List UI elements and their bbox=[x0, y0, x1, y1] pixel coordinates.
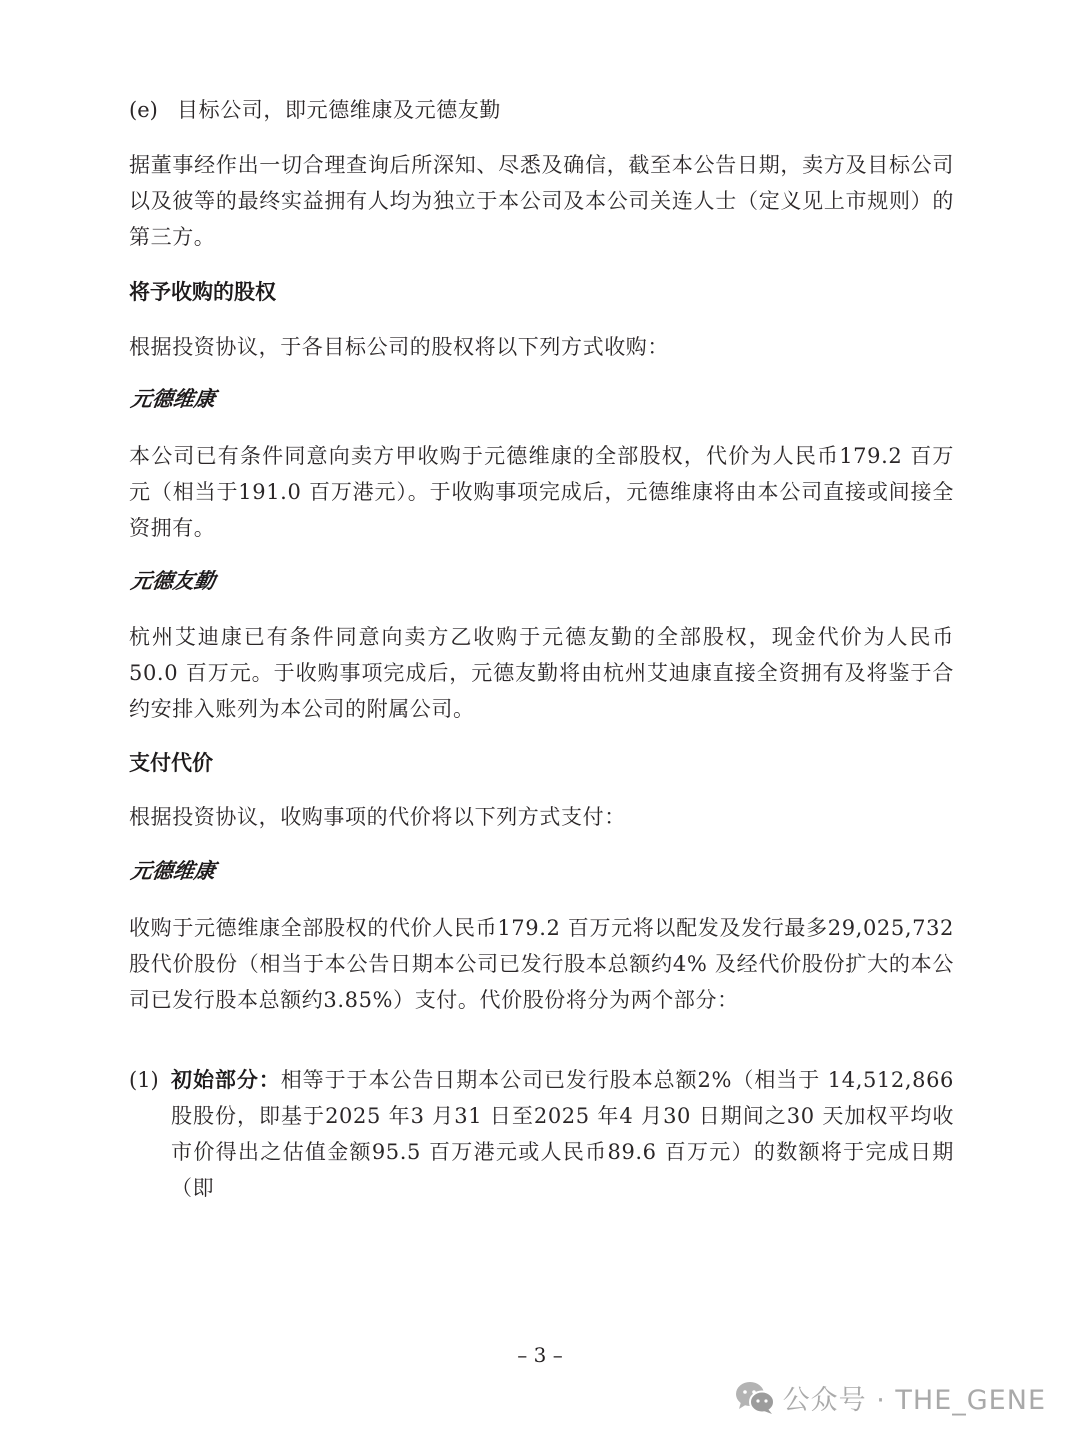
watermark-text: 公众号 · THE_GENE bbox=[783, 1378, 1046, 1417]
subsection-heading-block: 元德维康 bbox=[129, 384, 954, 414]
subsection-heading-block: 元德友勤 bbox=[129, 566, 954, 596]
section-heading: 将予收购的股权 bbox=[129, 277, 954, 307]
list-item-text: 目标公司，即元德维康及元德友勤 bbox=[177, 92, 954, 128]
section-payment-heading-block: 支付代价 bbox=[129, 748, 954, 778]
subsection-paragraph-block: 杭州艾迪康已有条件同意向卖方乙收购于元德友勤的全部股权，现金代价为人民币50.0… bbox=[129, 619, 954, 727]
subsection-heading: 元德维康 bbox=[129, 384, 217, 414]
document-page: (e) 目标公司，即元德维康及元德友勤 据董事经作出一切合理查询后所深知、尽悉及… bbox=[0, 0, 1080, 1440]
subsection-paragraph: 本公司已有条件同意向卖方甲收购于元德维康的全部股权，代价为人民币179.2 百万… bbox=[129, 438, 954, 546]
list-item-body: 相等于于本公告日期本公司已发行股本总额2%（相当于 14,512,866股股份，… bbox=[171, 1068, 954, 1200]
list-item-lead: 初始部分： bbox=[171, 1068, 281, 1092]
section-equity-intro-block: 根据投资协议，于各目标公司的股权将以下列方式收购： bbox=[129, 329, 954, 365]
watermark: 公众号 · THE_GENE bbox=[735, 1378, 1046, 1417]
section-heading: 支付代价 bbox=[129, 748, 954, 778]
list-item-e: (e) 目标公司，即元德维康及元德友勤 bbox=[129, 92, 954, 128]
subsection-paragraph-block: 本公司已有条件同意向卖方甲收购于元德维康的全部股权，代价为人民币179.2 百万… bbox=[129, 438, 954, 546]
intro-paragraph-block: 据董事经作出一切合理查询后所深知、尽悉及确信，截至本公告日期，卖方及目标公司以及… bbox=[129, 147, 954, 255]
subsection-paragraph: 杭州艾迪康已有条件同意向卖方乙收购于元德友勤的全部股权，现金代价为人民币50.0… bbox=[129, 619, 954, 727]
section-intro: 根据投资协议，于各目标公司的股权将以下列方式收购： bbox=[129, 329, 954, 365]
section-payment-intro-block: 根据投资协议，收购事项的代价将以下列方式支付： bbox=[129, 799, 954, 835]
page-number: – 3 – bbox=[0, 1343, 1080, 1367]
list-item-text: 初始部分：相等于于本公告日期本公司已发行股本总额2%（相当于 14,512,86… bbox=[171, 1062, 954, 1206]
list-marker: (1) bbox=[129, 1062, 171, 1098]
section-equity-heading-block: 将予收购的股权 bbox=[129, 277, 954, 307]
subsection-paragraph: 收购于元德维康全部股权的代价人民币179.2 百万元将以配发及发行最多29,02… bbox=[129, 910, 954, 1018]
wechat-icon bbox=[735, 1381, 775, 1415]
section-intro: 根据投资协议，收购事项的代价将以下列方式支付： bbox=[129, 799, 954, 835]
list-marker: (e) bbox=[129, 92, 177, 128]
intro-paragraph: 据董事经作出一切合理查询后所深知、尽悉及确信，截至本公告日期，卖方及目标公司以及… bbox=[129, 147, 954, 255]
subsection-paragraph-block: 收购于元德维康全部股权的代价人民币179.2 百万元将以配发及发行最多29,02… bbox=[129, 910, 954, 1018]
subsection-heading-block: 元德维康 bbox=[129, 856, 954, 886]
subsection-heading: 元德维康 bbox=[129, 856, 217, 886]
subsection-heading: 元德友勤 bbox=[129, 566, 217, 596]
list-item-1: (1) 初始部分：相等于于本公告日期本公司已发行股本总额2%（相当于 14,51… bbox=[129, 1062, 954, 1206]
